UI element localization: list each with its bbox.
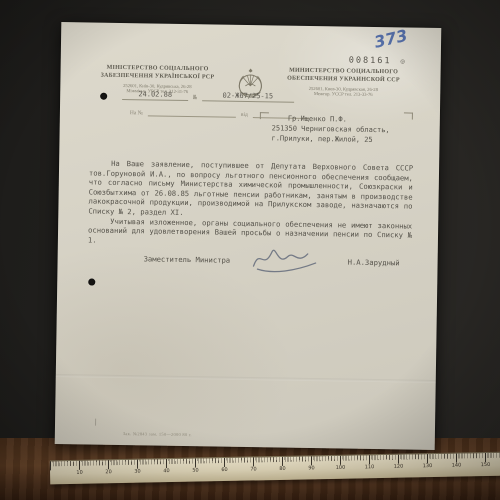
- document-number: 02-Ж67/25-15: [202, 91, 294, 102]
- ruler-number: 100: [326, 465, 355, 472]
- punch-hole-bottom: [88, 278, 95, 285]
- ruler-number: 60: [210, 467, 239, 474]
- ruler-number: 140: [442, 462, 471, 469]
- address-ru-line2: Межгор. УССР тел. 213-33-76: [276, 91, 410, 99]
- letter-body: На Ваше заявление, поступившее от Депута…: [88, 158, 413, 249]
- signatory-position: Заместитель Министра: [144, 254, 231, 264]
- addressee-block: Гр.Ищенко П.Ф. 251350 Черниговская облас…: [271, 113, 389, 145]
- ruler-number: 70: [239, 466, 268, 473]
- stamp-number: 008161◎: [349, 56, 405, 67]
- ruler-number: 150: [471, 462, 500, 469]
- reply-blank-line: [148, 109, 236, 117]
- address-corner-mark-right: [404, 112, 413, 119]
- stamp-circle-mark: ◎: [400, 57, 404, 65]
- addressee-street: г.Прилуки, пер.Жилой, 25: [271, 133, 389, 145]
- ruler-number: 20: [94, 469, 123, 476]
- handwritten-archive-number: 373: [372, 26, 409, 52]
- ruler-number: 120: [384, 463, 413, 470]
- handwritten-signature-icon: [247, 240, 324, 277]
- ruler-number: 80: [268, 466, 297, 473]
- ruler-number: 110: [355, 464, 384, 471]
- signatory-name: Н.А.Зарудный: [348, 258, 400, 268]
- print-shop-note: Зак. №2843 зам. 150—2000 80 г.: [123, 431, 192, 437]
- ruler-number: 10: [65, 470, 94, 477]
- reply-label: На №: [130, 110, 143, 116]
- paper-crease: [56, 374, 436, 383]
- stamp-number-value: 008161: [349, 56, 392, 67]
- signature-row: Заместитель Министра Н.А.Зарудный: [144, 254, 400, 267]
- ruler-number: 50: [181, 467, 210, 474]
- photo-background: 373 008161◎ МІНІСТЕРСТВО СОЦІАЛЬНОГО ЗАБ…: [0, 0, 500, 500]
- body-paragraph-1: На Ваше заявление, поступившее от Депута…: [88, 158, 413, 221]
- document-paper: 373 008161◎ МІНІСТЕРСТВО СОЦІАЛЬНОГО ЗАБ…: [55, 22, 442, 450]
- ruler-number: 90: [297, 465, 326, 472]
- ruler-number: 30: [123, 468, 152, 475]
- ministry-title-ru-line2: ОБЕСПЕЧЕНИЯ УКРАИНСКОЙ ССР: [276, 75, 410, 85]
- letterhead-russian: МИНИСТЕРСТВО СОЦИАЛЬНОГО ОБЕСПЕЧЕНИЯ УКР…: [276, 67, 410, 98]
- reference-line: 24.02.88 № 02-Ж67/25-15: [122, 90, 294, 103]
- ruler-number: 130: [413, 463, 442, 470]
- number-symbol: №: [193, 94, 197, 101]
- pencil-tick-mark: [95, 419, 96, 426]
- document-date: 24.02.88: [122, 90, 188, 101]
- ministry-title-uk-line2: ЗАБЕЗПЕЧЕННЯ УКРАЇНСЬКОЇ РСР: [90, 72, 224, 82]
- reply-from-label: від: [241, 112, 248, 118]
- address-corner-mark-left: [260, 112, 269, 119]
- ruler-number: 40: [152, 468, 181, 475]
